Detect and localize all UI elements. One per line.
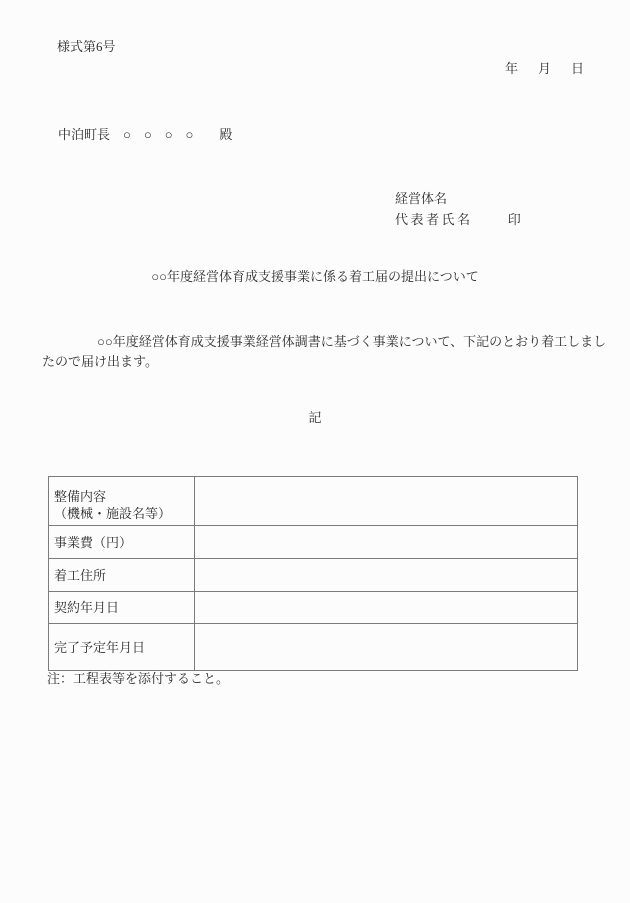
row-value-expected-completion-date — [195, 624, 577, 670]
table-row: 契約年月日 — [49, 591, 577, 623]
row-value-contract-date — [195, 592, 577, 623]
record-marker: 記 — [0, 408, 630, 428]
date-line: 年 月 日 — [505, 59, 584, 79]
representative-name-label: 代表者氏名 — [395, 212, 473, 227]
table-row: 着工住所 — [49, 558, 577, 591]
row-value-construction-address — [195, 559, 577, 591]
document-page: 様式第6号 年 月 日 中泊町長 ○ ○ ○ ○ 殿 経営体名 代表者氏名 印 … — [0, 0, 630, 903]
note-line: 注：工程表等を添付すること。 — [47, 669, 229, 689]
row-label-construction-address: 着工住所 — [49, 559, 195, 591]
row-label-line: 着工住所 — [54, 567, 194, 584]
table-row: 完了予定年月日 — [49, 623, 577, 670]
body-paragraph: ○○年度経営体育成支援事業経営体調書に基づく事業について、下記のとおり着工しまし… — [42, 332, 620, 372]
row-label-line: 事業費（円） — [54, 534, 194, 551]
form-number: 様式第6号 — [57, 37, 116, 57]
signature-block: 経営体名 代表者氏名 印 — [395, 188, 521, 230]
row-label-line: 整備内容 — [54, 488, 194, 505]
date-month-label: 月 — [538, 59, 551, 79]
row-label-installation-content: 整備内容 （機械・施設名等） — [49, 477, 195, 525]
row-label-line: 完了予定年月日 — [54, 639, 194, 656]
body-line-2: たので届け出ます。 — [42, 352, 620, 372]
details-table: 整備内容 （機械・施設名等） 事業費（円） 着工住所 契約年月日 — [48, 476, 578, 671]
table-row: 整備内容 （機械・施設名等） — [49, 477, 577, 525]
table-row: 事業費（円） — [49, 525, 577, 558]
entity-name-label: 経営体名 — [395, 188, 521, 209]
row-label-contract-date: 契約年月日 — [49, 592, 195, 623]
date-year-label: 年 — [505, 59, 518, 79]
seal-label: 印 — [508, 212, 521, 227]
row-label-line: 契約年月日 — [54, 599, 194, 616]
body-line-1: ○○年度経営体育成支援事業経営体調書に基づく事業について、下記のとおり着工しまし — [42, 332, 620, 352]
row-value-project-cost — [195, 526, 577, 558]
row-label-project-cost: 事業費（円） — [49, 526, 195, 558]
row-label-expected-completion-date: 完了予定年月日 — [49, 624, 195, 670]
addressee-line: 中泊町長 ○ ○ ○ ○ 殿 — [58, 125, 232, 145]
row-value-installation-content — [195, 477, 577, 525]
date-day-label: 日 — [571, 59, 584, 79]
document-title: ○○年度経営体育成支援事業に係る着工届の提出について — [0, 267, 630, 287]
representative-line: 代表者氏名 印 — [395, 209, 521, 230]
row-label-line: （機械・施設名等） — [54, 505, 194, 522]
